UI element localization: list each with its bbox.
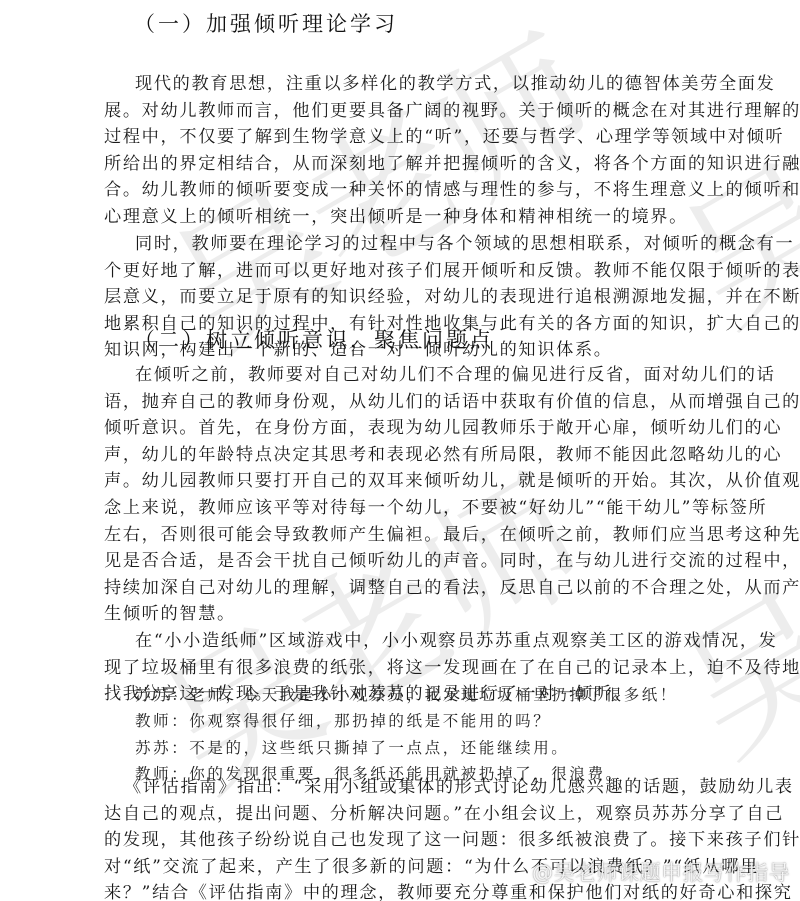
text-line: 持续加深自己对幼儿的理解，调整自己的看法，反思自己以前的不合理之处，从而产 (104, 575, 696, 602)
text-line: 《评估指南》指出：“采用小组或集体的形式讨论幼儿感兴趣的话题，鼓励幼儿表 (104, 774, 696, 801)
text-line: 心理意义上的倾听相统一，突出倾听是一种身体和精神相统一的境界。 (104, 204, 696, 231)
text-line: 达自己的观点，提出问题、分析解决问题。”在小组会议上，观察员苏苏分享了自己 (104, 801, 696, 828)
dialogue-line: 教师：你观察得很仔细，那扔掉的纸是不能用的吗？ (135, 708, 551, 735)
text-line: 语，抛弃自己的教师身份观，从幼儿们的话语中获取有价值的信息，从而增强自己的 (104, 389, 696, 416)
text-line: 个更好地了解，进而可以更好地对孩子们展开倾听和反馈。教师不能仅限于倾听的表 (104, 258, 696, 285)
text-line: 过程中，不仅要了解到生物学意义上的“听”，还要与哲学、心理学等领域中对倾听 (104, 124, 696, 151)
text-line: 声，幼儿的年龄特点决定其思考和表现必然有所局限，教师不能因此忽略幼儿的心 (104, 442, 696, 469)
text-line: 左右，否则很可能会导致教师产生偏袒。最后，在倾听之前，教师们应当思考这种先 (104, 522, 696, 549)
document-page: 吴老师 吴 吴老师 吴 （一）加强倾听理论学习 现代的教育思想，注重以多样化的教… (0, 0, 800, 901)
text-line: 同时，教师要在理论学习的过程中与各个领域的思想相联系，对倾听的概念有一 (104, 231, 696, 258)
text-line: 见是否合适，是否会干扰自己倾听幼儿的声音。同时，在与幼儿进行交流的过程中， (104, 548, 696, 575)
text-line: 声。幼儿园教师只要打开自己的双耳来倾听幼儿，就是倾听的开始。其次，从价值观 (104, 468, 696, 495)
text-line: 所给出的界定相结合，从而深刻地了解并把握倾听的含义，将各个方面的知识进行融 (104, 151, 696, 178)
text-line: 在倾听之前，教师要对自己对幼儿们不合理的偏见进行反省，面对幼儿们的话 (104, 362, 696, 389)
dialogue-line: 苏苏：不是的，这些纸只撕掉了一点点，还能继续用。 (135, 735, 569, 762)
text-line: 生倾听的智慧。 (104, 601, 696, 628)
section2-paragraph-1: 在倾听之前，教师要对自己对幼儿们不合理的偏见进行反省，面对幼儿们的话 语，抛弃自… (104, 362, 696, 628)
text-line: 在“小小造纸师”区域游戏中，小小观察员苏苏重点观察美工区的游戏情况，发 (104, 628, 696, 655)
text-line: 现代的教育思想，注重以多样化的教学方式，以推动幼儿的德智体美劳全面发 (104, 71, 696, 98)
text-line: 展。对幼儿教师而言，他们更要具备广阔的视野。关于倾听的概念在对其进行理解的 (104, 98, 696, 125)
text-line: 现了垃圾桶里有很多浪费的纸张，将这一发现画在了在自己的记录本上，迫不及待地 (104, 655, 696, 682)
source-watermark: @吴老师课题申报写作指导 (532, 857, 790, 887)
text-line: 合。幼儿教师的倾听要变成一种关怀的情感与理性的参与，不将生理意义上的倾听和 (104, 177, 696, 204)
section-heading-2: （二）树立倾听意识，聚焦问题点 (134, 324, 494, 354)
section1-paragraph-1: 现代的教育思想，注重以多样化的教学方式，以推动幼儿的德智体美劳全面发 展。对幼儿… (104, 71, 696, 231)
section-heading-1: （一）加强倾听理论学习 (134, 8, 398, 38)
text-line: 的发现，其他孩子纷纷说自己也发现了这一问题：很多纸被浪费了。接下来孩子们针 (104, 827, 696, 854)
text-line: 层意义，而要立足于原有的知识经验，对幼儿的表现进行追根溯源地发掘，并在不断 (104, 284, 696, 311)
text-line: 倾听意识。首先，在身份方面，表现为幼儿园教师乐于敞开心扉，倾听幼儿们的心 (104, 415, 696, 442)
dialogue-line: 苏苏：老师，今天我是小小观察员，我发现垃圾桶里扔掉了很多纸！ (135, 682, 678, 709)
text-line: 念上来说，教师应该平等对待每一个幼儿，不要被“好幼儿”“能干幼儿”等标签所 (104, 495, 696, 522)
